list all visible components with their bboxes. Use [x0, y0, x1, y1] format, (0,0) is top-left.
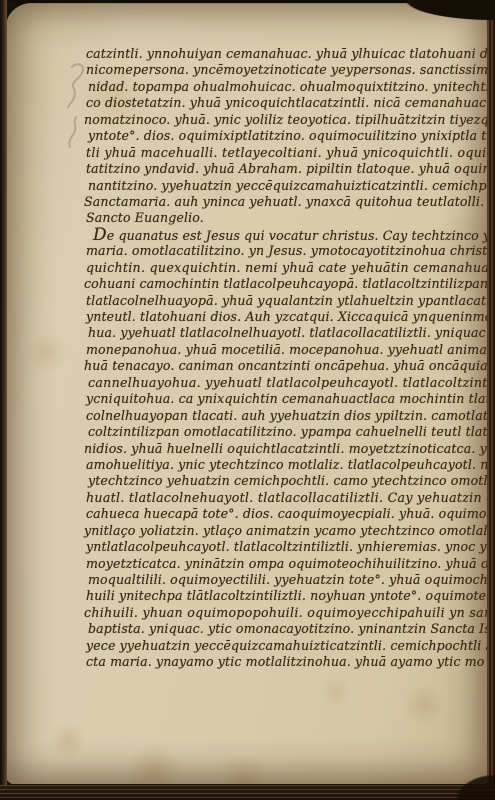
- book-edge-bottom: [0, 785, 495, 800]
- manuscript-line: quichtin. quexquichtin. nemi yhuā cate y…: [6, 260, 488, 276]
- manuscript-line: catzintli. ynnohuiyan cemanahuac. yhuā y…: [6, 46, 488, 62]
- manuscript-line: nidios. yhuā huelnelli oquichtlacatzintl…: [6, 441, 488, 457]
- manuscript-line: colnelhuayopan tlacati. auh yyehuatzin d…: [6, 408, 488, 424]
- manuscript-line: tatitzino yndavid. yhuā Abraham. pipilti…: [6, 161, 488, 177]
- manuscript-line: tli yhuā macehualli. tetlayecoltiani. yh…: [6, 145, 488, 161]
- manuscript-line: yece yyehuatzin yeccēquizcamahuizticatzi…: [6, 638, 488, 654]
- manuscript-line: nantitzino. yyehuatzin yeccēquizcamahuiz…: [6, 178, 488, 194]
- manuscript-line: baptista. yniquac. ytic omonacayotitzino…: [6, 621, 488, 637]
- manuscript-line: cta maria. ynayamo ytic motlalitzinohua.…: [6, 654, 488, 670]
- manuscript-line: huatl. tlatlacolnehuayotl. tlatlacollaca…: [6, 490, 488, 506]
- manuscript-line: amohuelitiya. ynic ytechtzinco motlaliz.…: [6, 457, 488, 473]
- book-edge-right: [487, 0, 495, 800]
- manuscript-page: catzintli. ynnohuiyan cemanahuac. yhuā y…: [6, 3, 488, 784]
- manuscript-line: chihuili. yhuan oquimopopohuili. oquimoy…: [6, 605, 488, 621]
- manuscript-line: cannelhuayohua. yyehuatl tlatlacolpeuhca…: [6, 375, 488, 391]
- manuscript-line: nidad. topampa ohualmohuicac. ohualmoqui…: [6, 79, 488, 95]
- manuscript-line: tlatlacolnelhuayopā. yhuā yqualantzin yt…: [6, 293, 488, 309]
- manuscript-line: ycniquitohua. ca ynixquichtin cemanahuac…: [6, 391, 488, 407]
- manuscript-line: nomatzinoco. yhuā. ynic yoliliz teoyotic…: [6, 112, 488, 128]
- gospel-heading-line: Sancto Euangelio.: [6, 210, 488, 226]
- book-corner-shadow-bottom-right: [425, 754, 495, 800]
- manuscript-line: hua. yyehuatl tlatlacolnelhuayotl. tlatl…: [6, 325, 488, 341]
- manuscript-line: nicomepersona. yncēmoyetzinoticate yeype…: [6, 62, 488, 78]
- manuscript-line: yntlatlacolpeuhcayotl. tlatlacoltzintili…: [6, 539, 488, 555]
- manuscript-line: yntote°. dios. oquimixiptlatitzino. oqui…: [6, 128, 488, 144]
- manuscript-line: cohuani camochintin tlatlacolpeuhcayopā.…: [6, 276, 488, 292]
- manuscript-line: coltzintilizpan omotlacatilitzino. ypamp…: [6, 424, 488, 440]
- manuscript-line: huā tenacayo. caniman oncantzinti oncāpe…: [6, 358, 488, 374]
- book-edge-left: [0, 0, 7, 800]
- manuscript-line: monepanohua. yhuā mocetiliā. mocepanohua…: [6, 342, 488, 358]
- manuscript-line: ynitlaço yoliatzin. ytlaço animatzin yca…: [6, 523, 488, 539]
- manuscript-line: co diostetatzin. yhuā ynicoquichtlacatzi…: [6, 95, 488, 111]
- manuscript-line: moqualtilili. oquimoyectilili. yyehuatzi…: [6, 572, 488, 588]
- latin-incipit-line: De quanatus est Jesus qui vocatur christ…: [6, 227, 488, 243]
- manuscript-line: maria. omotlacatilitzino. yn Jesus. ymot…: [6, 243, 488, 259]
- manuscript-line: moyetzticatca. yninātzin ompa oquimoteoc…: [6, 556, 488, 572]
- book-corner-shadow-top-right: [345, 0, 495, 34]
- text-block: catzintli. ynnohuiyan cemanahuac. yhuā y…: [6, 46, 488, 671]
- manuscript-line: cahueca huecapā tote°. dios. caoquimoyec…: [6, 506, 488, 522]
- manuscript-line: ynteutl. tlatohuani dios. Auh yzcatqui. …: [6, 309, 488, 325]
- manuscript-line: ytechtzinco yehuatzin cemichpochtli. cam…: [6, 473, 488, 489]
- manuscript-photo: catzintli. ynnohuiyan cemanahuac. yhuā y…: [0, 0, 495, 800]
- manuscript-line: Sanctamaria. auh yninca yehuatl. ynaxcā …: [6, 194, 488, 210]
- manuscript-line: huili ynitechpa tlātlacoltzintiliztli. n…: [6, 588, 488, 604]
